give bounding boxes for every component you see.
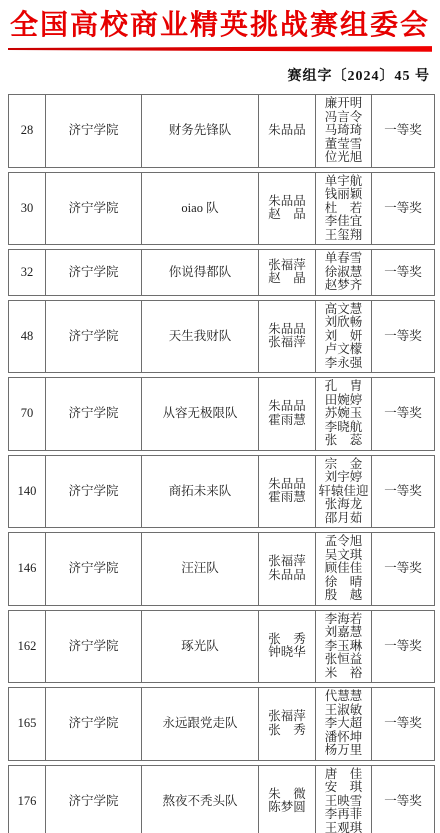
person-name: 张恒益 bbox=[325, 653, 363, 667]
award-cell: 一等奖 bbox=[371, 378, 434, 450]
person-name: 王观琪 bbox=[325, 822, 363, 833]
person-name: 张 蕊 bbox=[325, 434, 363, 448]
person-name: 赵梦齐 bbox=[325, 279, 363, 293]
members-cell: 代慧慧王淑敏李大超潘怀坤杨万里 bbox=[315, 688, 371, 760]
row-number-cell: 70 bbox=[9, 378, 45, 450]
person-name: 顾佳佳 bbox=[325, 562, 363, 576]
person-name: 位光旭 bbox=[325, 151, 363, 165]
person-name: 刘欣畅 bbox=[325, 316, 363, 330]
document-number: 赛组字〔2024〕45 号 bbox=[0, 65, 440, 85]
person-name: 高文慧 bbox=[325, 303, 363, 317]
person-name: 殷 越 bbox=[325, 589, 363, 603]
team-name-cell: oiao 队 bbox=[141, 173, 258, 245]
person-name: 张福萍 bbox=[268, 336, 306, 350]
members-cell: 唐 佳安 琪王映雪李再菲王观琪 bbox=[315, 766, 371, 833]
person-name: 张福萍 bbox=[268, 555, 306, 569]
person-name: 马琦琦 bbox=[325, 124, 363, 138]
members-cell: 廉开明冯言令马琦琦董莹雪位光旭 bbox=[315, 95, 371, 167]
row-number-cell: 165 bbox=[9, 688, 45, 760]
page-title: 全国高校商业精英挑战赛组委会 bbox=[6, 3, 434, 43]
person-name: 卢文檬 bbox=[325, 343, 363, 357]
school-cell: 济宁学院 bbox=[45, 766, 141, 833]
row-number-cell: 28 bbox=[9, 95, 45, 167]
person-name: 邵月茹 bbox=[325, 512, 363, 526]
person-name: 张海龙 bbox=[325, 498, 363, 512]
table-row: 140 济宁学院 商拓未来队 朱品品霍雨慧 宗 金刘宇婷轩辕佳迎张海龙邵月茹 一… bbox=[8, 455, 435, 529]
team-name-cell: 汪汪队 bbox=[141, 533, 258, 605]
person-name: 朱品品 bbox=[268, 400, 306, 414]
award-cell: 一等奖 bbox=[371, 173, 434, 245]
school-cell: 济宁学院 bbox=[45, 456, 141, 528]
person-name: 王淑敏 bbox=[325, 704, 363, 718]
person-name: 李海若 bbox=[325, 613, 363, 627]
person-name: 廉开明 bbox=[325, 97, 363, 111]
advisors-cell: 朱品品霍雨慧 bbox=[258, 378, 315, 450]
advisors-cell: 朱品品张福萍 bbox=[258, 301, 315, 373]
person-name: 钱丽颖 bbox=[325, 188, 363, 202]
person-name: 孔 胄 bbox=[325, 380, 363, 394]
table-row: 30 济宁学院 oiao 队 朱品品赵 品 单宇航钱丽颖杜 若李佳宜王玺翔 一等… bbox=[8, 172, 435, 246]
results-table: 28 济宁学院 财务先锋队 朱品品 廉开明冯言令马琦琦董莹雪位光旭 一等奖 30… bbox=[8, 94, 435, 833]
school-cell: 济宁学院 bbox=[45, 301, 141, 373]
person-name: 单春雪 bbox=[325, 252, 363, 266]
person-name: 霍雨慧 bbox=[268, 414, 306, 428]
award-cell: 一等奖 bbox=[371, 301, 434, 373]
members-cell: 李海若刘嘉慧李玉琳张恒益米 裕 bbox=[315, 611, 371, 683]
table-row: 146 济宁学院 汪汪队 张福萍朱品品 孟令旭吴文琪顾佳佳徐 晴殷 越 一等奖 bbox=[8, 532, 435, 606]
person-name: 轩辕佳迎 bbox=[318, 485, 368, 499]
person-name: 朱品品 bbox=[268, 124, 306, 138]
person-name: 霍雨慧 bbox=[268, 491, 306, 505]
team-name-cell: 从容无极限队 bbox=[141, 378, 258, 450]
team-name-cell: 你说得都队 bbox=[141, 250, 258, 295]
members-cell: 孔 胄田婉婷苏婉玉李晓航张 蕊 bbox=[315, 378, 371, 450]
person-name: 刘宇婷 bbox=[325, 471, 363, 485]
person-name: 单宇航 bbox=[325, 175, 363, 189]
table-row: 28 济宁学院 财务先锋队 朱品品 廉开明冯言令马琦琦董莹雪位光旭 一等奖 bbox=[8, 94, 435, 168]
row-number-cell: 30 bbox=[9, 173, 45, 245]
award-cell: 一等奖 bbox=[371, 688, 434, 760]
award-cell: 一等奖 bbox=[371, 766, 434, 833]
person-name: 孟令旭 bbox=[325, 535, 363, 549]
row-number-cell: 162 bbox=[9, 611, 45, 683]
person-name: 安 琪 bbox=[325, 781, 363, 795]
advisors-cell: 张 秀钟晓华 bbox=[258, 611, 315, 683]
school-cell: 济宁学院 bbox=[45, 611, 141, 683]
red-divider-line bbox=[8, 46, 432, 52]
table-row: 162 济宁学院 琢光队 张 秀钟晓华 李海若刘嘉慧李玉琳张恒益米 裕 一等奖 bbox=[8, 610, 435, 684]
person-name: 米 裕 bbox=[325, 667, 363, 681]
team-name-cell: 琢光队 bbox=[141, 611, 258, 683]
advisors-cell: 张福萍张 秀 bbox=[258, 688, 315, 760]
school-cell: 济宁学院 bbox=[45, 533, 141, 605]
person-name: 代慧慧 bbox=[325, 690, 363, 704]
person-name: 刘 妍 bbox=[325, 330, 363, 344]
person-name: 李永强 bbox=[325, 357, 363, 371]
person-name: 王玺翔 bbox=[325, 229, 363, 243]
person-name: 李晓航 bbox=[325, 421, 363, 435]
advisors-cell: 张福萍赵 晶 bbox=[258, 250, 315, 295]
team-name-cell: 永远跟党走队 bbox=[141, 688, 258, 760]
person-name: 董莹雪 bbox=[325, 138, 363, 152]
table-row: 176 济宁学院 熬夜不秃头队 朱 微陈梦圆 唐 佳安 琪王映雪李再菲王观琪 一… bbox=[8, 765, 435, 833]
person-name: 潘怀坤 bbox=[325, 731, 363, 745]
members-cell: 单宇航钱丽颖杜 若李佳宜王玺翔 bbox=[315, 173, 371, 245]
row-number-cell: 176 bbox=[9, 766, 45, 833]
row-number-cell: 146 bbox=[9, 533, 45, 605]
person-name: 张福萍 bbox=[268, 710, 306, 724]
person-name: 朱品品 bbox=[268, 569, 306, 583]
document-page: 全国高校商业精英挑战赛组委会 赛组字〔2024〕45 号 28 济宁学院 财务先… bbox=[0, 3, 440, 833]
person-name: 赵 品 bbox=[268, 208, 306, 222]
row-number-cell: 32 bbox=[9, 250, 45, 295]
row-number-cell: 140 bbox=[9, 456, 45, 528]
members-cell: 高文慧刘欣畅刘 妍卢文檬李永强 bbox=[315, 301, 371, 373]
team-name-cell: 熬夜不秃头队 bbox=[141, 766, 258, 833]
person-name: 钟晓华 bbox=[268, 646, 306, 660]
award-cell: 一等奖 bbox=[371, 456, 434, 528]
person-name: 唐 佳 bbox=[325, 768, 363, 782]
person-name: 王映雪 bbox=[325, 795, 363, 809]
person-name: 刘嘉慧 bbox=[325, 626, 363, 640]
members-cell: 宗 金刘宇婷轩辕佳迎张海龙邵月茹 bbox=[315, 456, 371, 528]
person-name: 吴文琪 bbox=[325, 549, 363, 563]
award-cell: 一等奖 bbox=[371, 250, 434, 295]
row-number-cell: 48 bbox=[9, 301, 45, 373]
table-row: 32 济宁学院 你说得都队 张福萍赵 晶 单春雪徐淑慧赵梦齐 一等奖 bbox=[8, 249, 435, 296]
advisors-cell: 张福萍朱品品 bbox=[258, 533, 315, 605]
school-cell: 济宁学院 bbox=[45, 250, 141, 295]
person-name: 苏婉玉 bbox=[325, 407, 363, 421]
person-name: 赵 晶 bbox=[268, 272, 306, 286]
school-cell: 济宁学院 bbox=[45, 173, 141, 245]
person-name: 张 秀 bbox=[268, 724, 306, 738]
advisors-cell: 朱 微陈梦圆 bbox=[258, 766, 315, 833]
person-name: 徐淑慧 bbox=[325, 266, 363, 280]
person-name: 陈梦圆 bbox=[268, 801, 306, 815]
person-name: 冯言令 bbox=[325, 111, 363, 125]
advisors-cell: 朱品品 bbox=[258, 95, 315, 167]
person-name: 李再菲 bbox=[325, 808, 363, 822]
person-name: 宗 金 bbox=[325, 458, 363, 472]
table-row: 165 济宁学院 永远跟党走队 张福萍张 秀 代慧慧王淑敏李大超潘怀坤杨万里 一… bbox=[8, 687, 435, 761]
award-cell: 一等奖 bbox=[371, 533, 434, 605]
school-cell: 济宁学院 bbox=[45, 95, 141, 167]
table-row: 48 济宁学院 天生我财队 朱品品张福萍 高文慧刘欣畅刘 妍卢文檬李永强 一等奖 bbox=[8, 300, 435, 374]
person-name: 杨万里 bbox=[325, 744, 363, 758]
school-cell: 济宁学院 bbox=[45, 378, 141, 450]
team-name-cell: 商拓未来队 bbox=[141, 456, 258, 528]
person-name: 李玉琳 bbox=[325, 640, 363, 654]
person-name: 李佳宜 bbox=[325, 215, 363, 229]
award-cell: 一等奖 bbox=[371, 611, 434, 683]
advisors-cell: 朱品品霍雨慧 bbox=[258, 456, 315, 528]
school-cell: 济宁学院 bbox=[45, 688, 141, 760]
team-name-cell: 财务先锋队 bbox=[141, 95, 258, 167]
person-name: 徐 晴 bbox=[325, 576, 363, 590]
advisors-cell: 朱品品赵 品 bbox=[258, 173, 315, 245]
members-cell: 单春雪徐淑慧赵梦齐 bbox=[315, 250, 371, 295]
table-row: 70 济宁学院 从容无极限队 朱品品霍雨慧 孔 胄田婉婷苏婉玉李晓航张 蕊 一等… bbox=[8, 377, 435, 451]
person-name: 杜 若 bbox=[325, 202, 363, 216]
person-name: 田婉婷 bbox=[325, 394, 363, 408]
members-cell: 孟令旭吴文琪顾佳佳徐 晴殷 越 bbox=[315, 533, 371, 605]
person-name: 李大超 bbox=[325, 717, 363, 731]
award-cell: 一等奖 bbox=[371, 95, 434, 167]
team-name-cell: 天生我财队 bbox=[141, 301, 258, 373]
